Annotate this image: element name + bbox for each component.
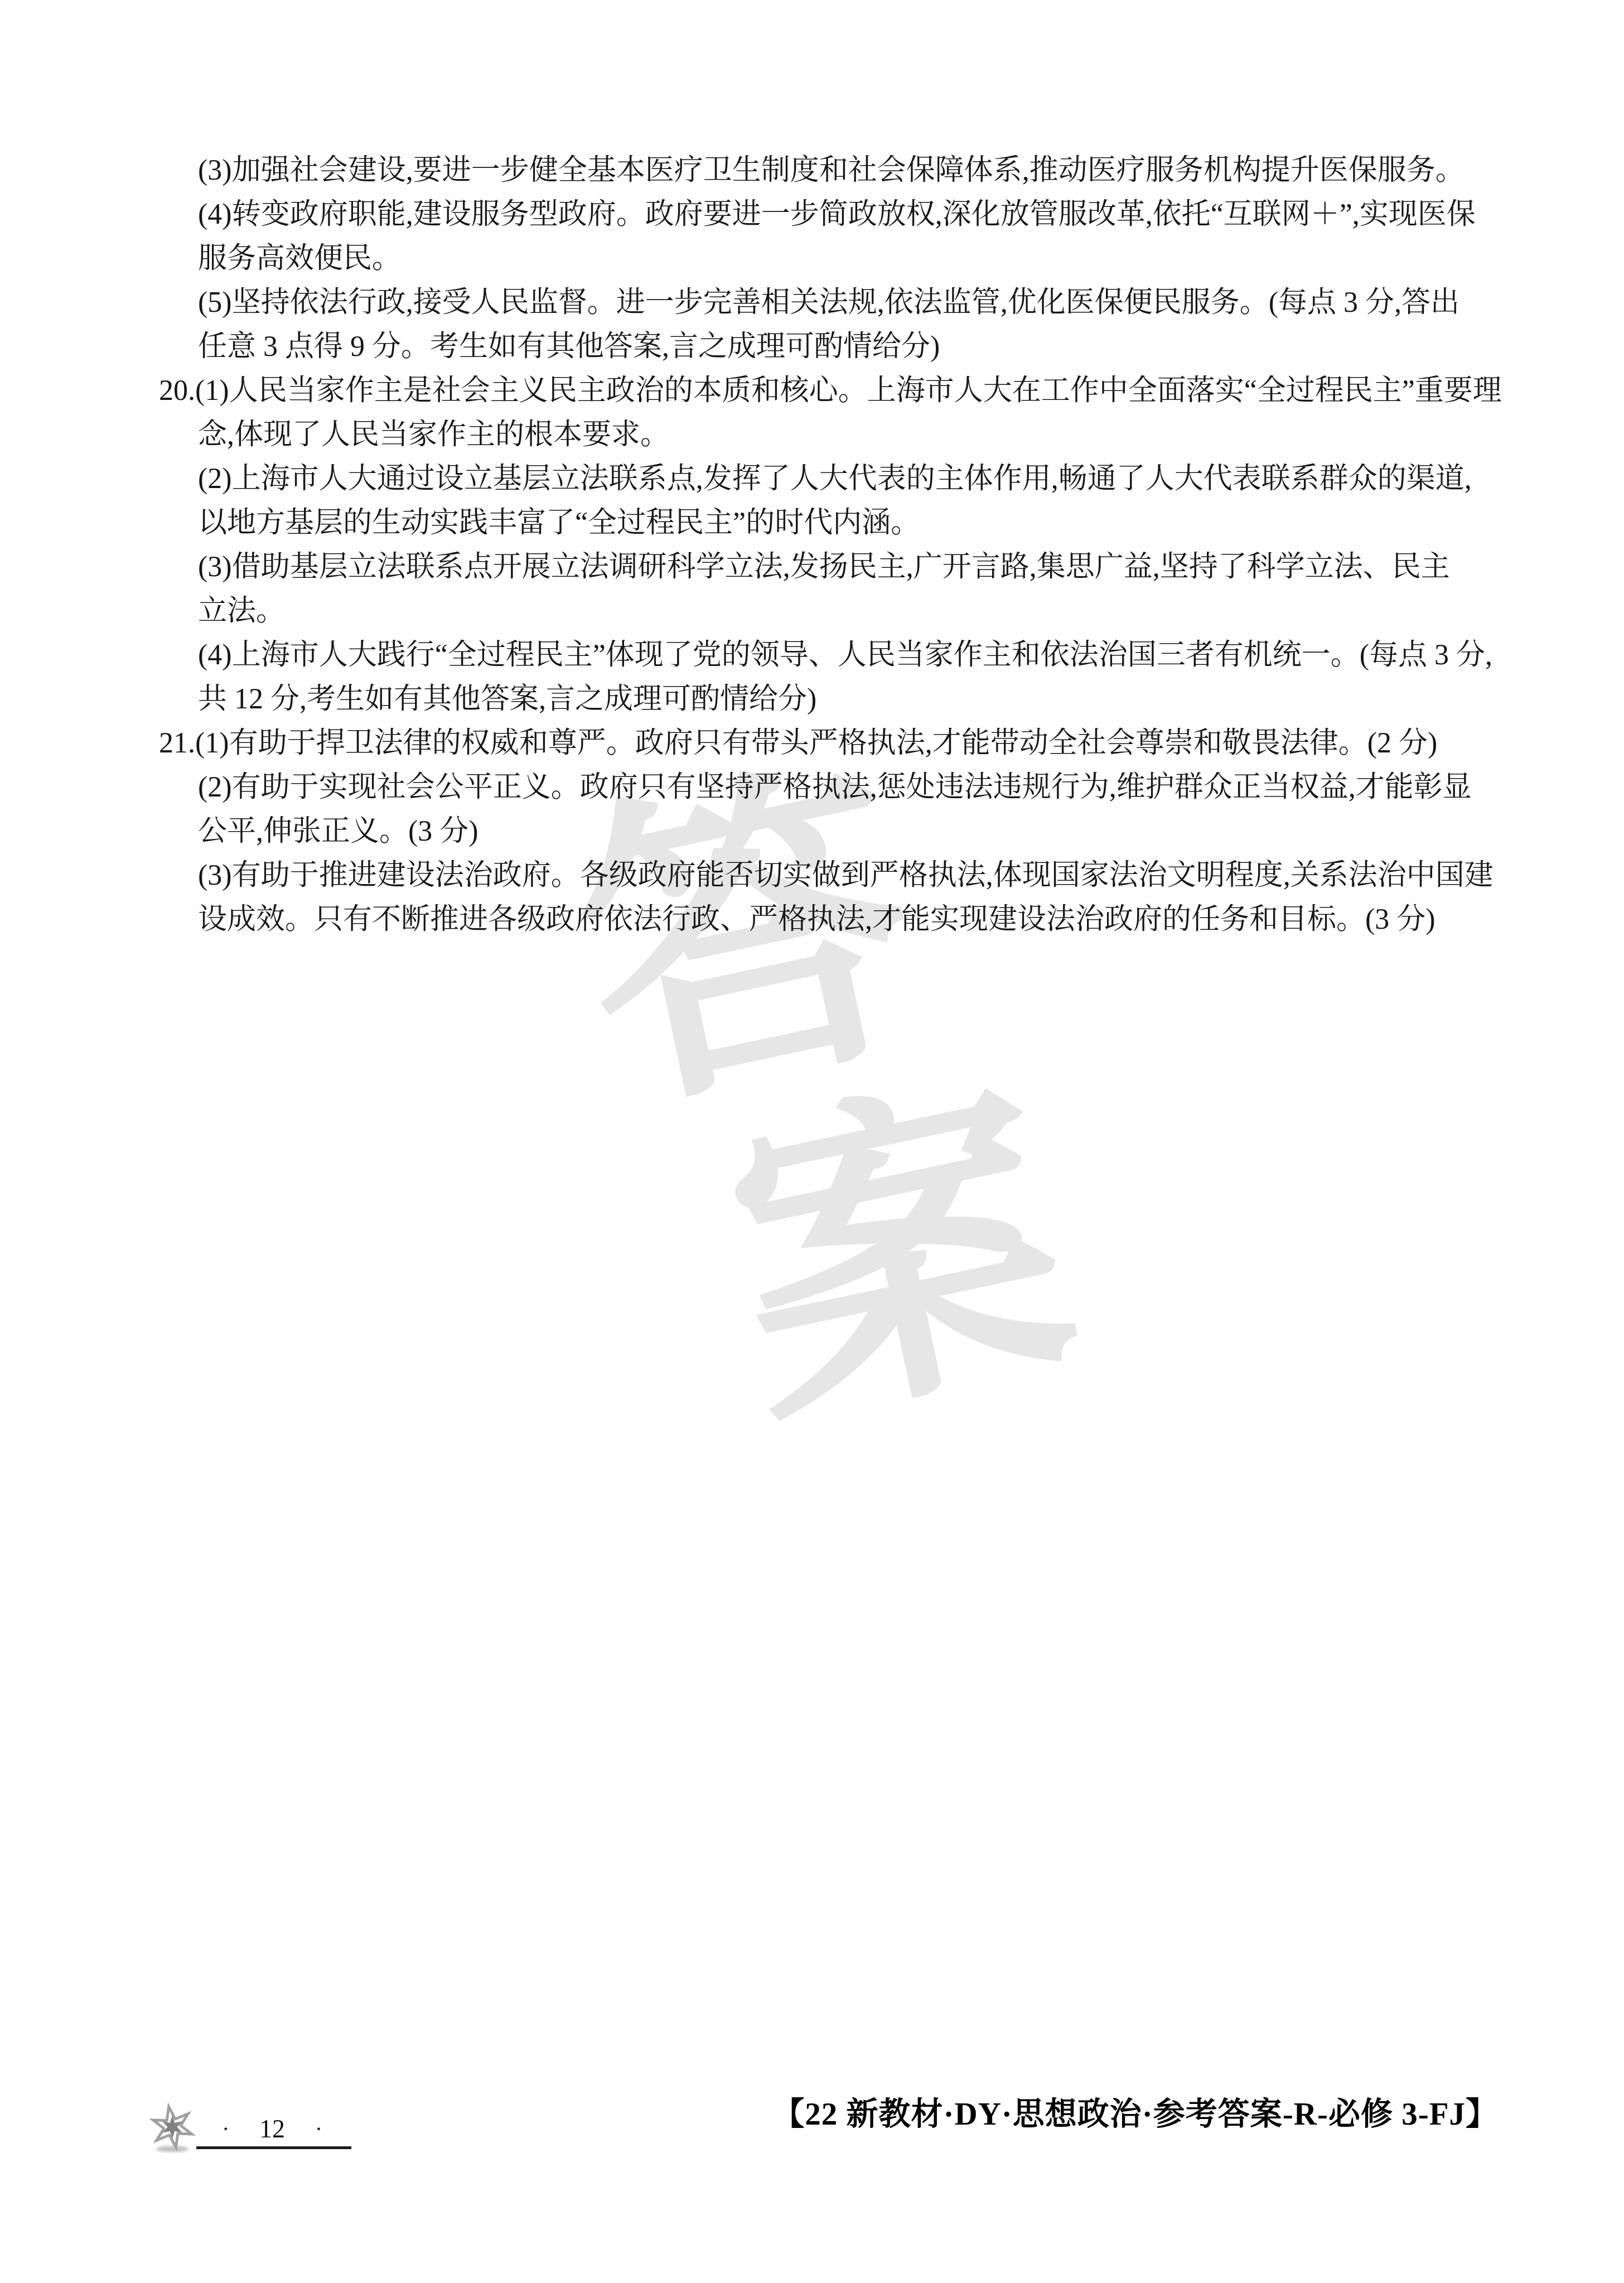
answer-text-block: (3)加强社会建设,要进一步健全基本医疗卫生制度和社会保障体系,推动医疗服务机构… <box>198 148 1478 942</box>
answer-line-5: 任意 3 点得 9 分。考生如有其他答案,言之成理可酌情给分) <box>198 325 1478 369</box>
answer-line-13: 共 12 分,考生如有其他答案,言之成理可酌情给分) <box>198 677 1478 721</box>
page-number-value: 12 <box>259 2114 285 2144</box>
answer-line-15: (2)有助于实现社会公平正义。政府只有坚持严格执法,惩处违法违规行为,维护群众正… <box>198 765 1478 809</box>
answer-line-6-question-20: 20.(1)人民当家作主是社会主义民主政治的本质和核心。上海市人大在工作中全面落… <box>198 369 1478 413</box>
answer-line-2: (4)转变政府职能,建设服务型政府。政府要进一步简政放权,深化放管服改革,依托“… <box>198 192 1478 236</box>
answer-line-16: 公平,伸张正义。(3 分) <box>198 809 1478 853</box>
answer-line-9: 以地方基层的生动实践丰富了“全过程民主”的时代内涵。 <box>198 501 1478 545</box>
page-number: · 12 · <box>222 2114 322 2144</box>
page-number-underline <box>196 2146 351 2149</box>
answer-line-11: 立法。 <box>198 589 1478 633</box>
answer-line-1: (3)加强社会建设,要进一步健全基本医疗卫生制度和社会保障体系,推动医疗服务机构… <box>198 148 1478 192</box>
answer-line-7: 念,体现了人民当家作主的根本要求。 <box>198 413 1478 457</box>
watermark-char-bottom: 案 <box>707 1064 1091 1448</box>
answer-line-14-question-21: 21.(1)有助于捍卫法律的权威和尊严。政府只有带头严格执法,才能带动全社会尊崇… <box>198 721 1478 765</box>
star-burst-icon <box>149 2103 195 2153</box>
answer-line-18: 设成效。只有不断推进各级政府依法行政、严格执法,才能实现建设法治政府的任务和目标… <box>198 897 1478 942</box>
answer-line-8: (2)上海市人大通过设立基层立法联系点,发挥了人大代表的主体作用,畅通了人大代表… <box>198 457 1478 501</box>
answer-line-12: (4)上海市人大践行“全过程民主”体现了党的领导、人民当家作主和依法治国三者有机… <box>198 633 1478 677</box>
answer-line-17: (3)有助于推进建设法治政府。各级政府能否切实做到严格执法,体现国家法治文明程度… <box>198 853 1478 897</box>
page-number-dot-right: · <box>315 2116 322 2142</box>
footer-imprint: 【22 新教材·DY·思想政治·参考答案-R-必修 3-FJ】 <box>772 2096 1498 2133</box>
answer-line-10: (3)借助基层立法联系点开展立法调研科学立法,发扬民主,广开言路,集思广益,坚持… <box>198 545 1478 589</box>
page-number-dot-left: · <box>222 2116 229 2142</box>
answer-line-3: 服务高效便民。 <box>198 236 1478 281</box>
document-page: 答 案 (3)加强社会建设,要进一步健全基本医疗卫生制度和社会保障体系,推动医疗… <box>0 0 1624 2283</box>
answer-line-4: (5)坚持依法行政,接受人民监督。进一步完善相关法规,依法监管,优化医保便民服务… <box>198 281 1478 325</box>
